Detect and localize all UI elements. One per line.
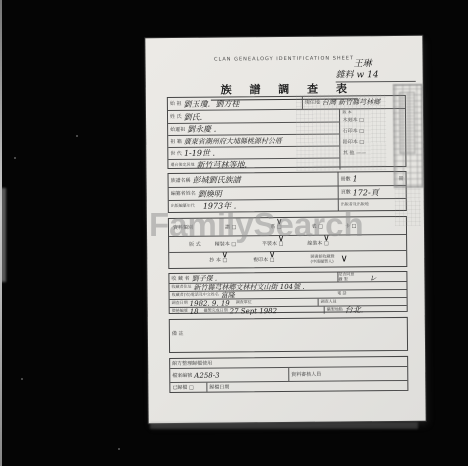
field-row: 已歸檔 □ 歸檔日期 — [170, 380, 407, 392]
section-genealogy-title: 族譜名稱 彭城劉氏族譜 冊數 1 冊 編纂者姓名 劉煥明 頁數 172-頁 出版… — [168, 171, 407, 213]
library-collection-label: 圖書館收藏暨 (申請攝製人) — [310, 255, 334, 264]
field-value-handwritten: 1 — [353, 174, 397, 183]
note-line-1: 王琳 — [354, 59, 416, 71]
field-cell: 資料審核人員 — [288, 367, 407, 381]
genealogy-form-page: CLAN GENEALOGY IDENTIFICATION SHEET 族 譜 … — [145, 36, 425, 423]
checkbox-option: 抄 本 □∨ — [209, 257, 227, 263]
field-label: 微捲編號 — [172, 309, 188, 314]
dust-speck — [118, 448, 120, 450]
field-value-handwritten: 27 Sept 1982 — [230, 306, 324, 315]
field-label: 資料類別 — [173, 224, 193, 230]
field-label: 祖 籍 — [170, 138, 182, 144]
field-value-handwritten: 1982. 9. 19 — [190, 299, 230, 307]
field-label: 收 藏 者 — [171, 275, 189, 281]
field-label: 出版編纂年代 — [171, 204, 201, 209]
field-label: 調查單位 — [236, 300, 316, 305]
section-remarks: 備 註 — [169, 317, 408, 353]
archive-header: 館方整理歸檔使用 — [172, 360, 212, 366]
field-value-handwritten: A258-3 — [194, 370, 288, 379]
section-ancestor-info: 始 祖 劉玉瓊．劉方桂 現住地 台灣 新竹縣芎林鄉 姓 氏 劉氏. 始遷祖 劉永… — [167, 95, 407, 169]
checkbox-option: 線裝本 □∨ — [307, 240, 328, 246]
field-cell: 出版者及出版地 — [338, 199, 406, 211]
checkbox-option: 複印本 □∨ — [253, 257, 274, 263]
checkbox-option: 平裝本 □∨ — [262, 241, 283, 247]
field-cell: 是否同意 攝 製 ㇾ — [337, 272, 406, 282]
section-owner-info: 收 藏 者 劉子傑 . 是否同意 攝 製 ㇾ 收藏者住址 新竹縣芎林鄉文林村文山… — [168, 271, 407, 314]
field-label: 始 祖 — [170, 101, 182, 107]
archived-checkbox-label: 已歸檔 □ — [172, 384, 204, 390]
field-label: 檔案編號 — [172, 372, 192, 378]
field-cell: 攝製地點 台北. — [324, 306, 407, 314]
field-value-handwritten: 劉氏. — [184, 111, 203, 122]
film-edge-glow — [0, 188, 6, 282]
section-archive-use: 館方整理歸檔使用 檔案編號 A258-3 資料審核人員 已歸檔 □ 歸檔日期 — [169, 356, 408, 393]
field-value-handwritten: 廣東省潮州府大埔縣桃源村公厝 — [184, 136, 282, 147]
check-mark: ㇾ — [368, 270, 377, 283]
field-row: 始 祖 劉玉瓊．劉方桂 現住地 台灣 新竹縣芎林鄉 — [168, 96, 405, 110]
field-row: 編纂者姓名 劉煥明 頁數 172-頁 — [169, 185, 406, 200]
field-value-handwritten: 彭城劉氏族譜 — [193, 174, 338, 186]
field-label: 調查日期 — [172, 301, 188, 306]
field-row: 遷台後定居地 新竹芎林等地. — [168, 158, 339, 171]
handwritten-corner-note: 王琳 雜料 w 14 — [336, 59, 416, 83]
checkbox-option: 精裝本 □ — [215, 241, 236, 247]
field-label: 收藏者(宅)電話及中文姓名 — [172, 293, 219, 298]
seal-stamp — [393, 84, 424, 188]
field-label: 攝製地點 — [327, 308, 343, 313]
check-mark: ∨ — [340, 253, 347, 264]
check-mark: ∨ — [269, 252, 276, 258]
field-cell: 歸檔日期 — [206, 381, 407, 392]
remarks-label: 備 註 — [172, 331, 184, 337]
field-value-handwritten: 1973年 . — [203, 200, 338, 212]
consent-label: 是否同意 攝 製 — [338, 272, 354, 281]
checkbox-option: 表 □ — [312, 223, 323, 229]
left-column: 姓 氏 劉氏. 始遷祖 劉永慶 . 祖 籍 廣東省潮州府大埔縣桃源村公厝 世 代… — [168, 110, 339, 171]
check-mark: ∨ — [222, 252, 229, 258]
check-mark: ∨ — [276, 219, 283, 225]
field-label: 資料審核人員 — [291, 371, 321, 377]
field-label: 現住地 — [305, 100, 320, 106]
field-value-handwritten: 台灣 新竹縣芎林鄉 — [322, 97, 380, 108]
field-row: 族譜名稱 彭城劉氏族譜 冊數 1 冊 — [169, 172, 406, 187]
note-line-2: 雜料 w 14 — [336, 70, 416, 83]
field-value-handwritten: 劉玉瓊．劉方桂 — [183, 97, 301, 109]
field-cell: 現住地 台灣 新竹縣芎林鄉 — [302, 96, 405, 109]
section-body: 姓 氏 劉氏. 始遷祖 劉永慶 . 祖 籍 廣東省潮州府大埔縣桃源村公厝 世 代… — [168, 108, 406, 171]
field-value-handwritten: 172-頁 — [353, 187, 379, 198]
field-label: 世 代 — [170, 150, 182, 156]
dust-speck — [21, 378, 23, 380]
field-label: 歸檔日期 — [209, 384, 229, 390]
field-value-handwritten: 劉永慶 . — [187, 124, 216, 135]
field-value-handwritten: 台北. — [345, 304, 364, 315]
field-label: 調查人員 — [321, 300, 337, 305]
field-row: 出版編纂年代 1973年 . 出版者及出版地 — [169, 198, 406, 212]
field-value-handwritten: 18 — [190, 307, 199, 315]
field-label: 冊數 — [341, 176, 351, 182]
checkbox-option: 卡 □ — [345, 223, 356, 229]
field-label: 攝製完成日期 — [204, 309, 228, 314]
dust-speck — [14, 157, 16, 159]
field-value-handwritten: 1-19世 . — [184, 148, 215, 159]
field-label: 收藏者住址 — [171, 285, 191, 290]
checkbox-row: 資料類別 譜 □ 系 □∨ 表 □ 卡 □ — [169, 217, 406, 236]
field-label: 編纂者姓名 — [171, 191, 196, 197]
section-material-type: 資料類別 譜 □ 系 □∨ 表 □ 卡 □ 版 式 精裝本 □ 平裝本 □∨ 線… — [168, 216, 407, 269]
field-label: 族譜名稱 — [171, 177, 191, 183]
field-label: 版 式 — [189, 241, 201, 247]
checkbox-row: 抄 本 □∨ 複印本 □∨ 圖書館收藏暨 (申請攝製人) ∨ — [169, 250, 406, 268]
field-label: 始遷祖 — [170, 126, 185, 132]
microfilm-scan: CLAN GENEALOGY IDENTIFICATION SHEET 族 譜 … — [0, 0, 468, 466]
checkbox-option: 系 □∨ — [270, 224, 281, 230]
field-label: 姓 氏 — [170, 114, 182, 120]
field-label: 遷台後定居地 — [170, 163, 194, 168]
field-label: 頁數 — [341, 189, 351, 195]
dust-speck — [76, 135, 78, 137]
field-row: 檔案編號 A258-3 資料審核人員 — [170, 366, 407, 382]
field-value-handwritten: 新竹芎林等地. — [196, 159, 247, 170]
field-label: 電 話 — [337, 292, 346, 297]
check-mark: ∨ — [323, 235, 330, 241]
field-value-handwritten: 劉煥明 — [198, 187, 338, 199]
checkbox-option: 譜 □ — [225, 224, 236, 230]
field-label: 出版者及出版地 — [341, 202, 375, 207]
check-mark: ∨ — [278, 236, 285, 242]
scan-light-band — [150, 422, 418, 429]
